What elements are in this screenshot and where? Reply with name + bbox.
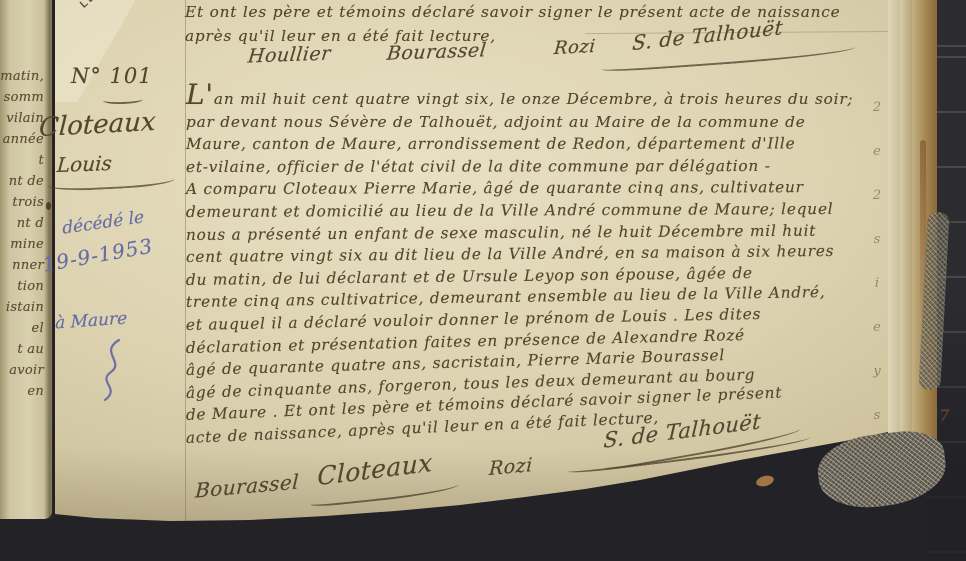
torn-paper-scrap (755, 474, 775, 488)
act-text-line: A comparu Cloteaux Pierre Marie, âgé de … (186, 176, 853, 201)
act-text-line: par devant nous Sévère de Talhouët, adjo… (186, 110, 853, 133)
act-number: N° 101 (71, 64, 153, 88)
text-fragment: el (0, 318, 48, 339)
text-fragment: nt d (0, 213, 48, 234)
act-text-line: et-vilaine, officier de l'état civil de … (186, 155, 853, 179)
margin-given-name: Louis (56, 151, 113, 177)
text-fragment: tion (0, 276, 48, 297)
birth-act-body: L'an mil huit cent quatre vingt six, le … (186, 84, 853, 450)
signature-rozi: Rozi (553, 36, 596, 59)
text-fragment: trois (0, 192, 48, 213)
bleed-mark: e (867, 130, 887, 174)
signature-rozi-bottom: Rozi (489, 454, 534, 480)
text-fragment: en (0, 381, 48, 402)
text-fragment: matin, (0, 66, 48, 87)
text-fragment: somm (0, 87, 48, 108)
bleed-mark: 2 (867, 174, 887, 218)
text-fragment: t au (0, 339, 48, 360)
blue-paraph-flourish (91, 336, 131, 406)
text-fragment: avoir (0, 360, 48, 381)
bleed-mark: 2 (867, 86, 887, 130)
bleed-mark: e (867, 306, 887, 350)
signature-houllier: Houllier (247, 43, 332, 68)
bleed-mark: s (867, 394, 887, 438)
bleed-mark: s (867, 218, 887, 262)
margin-surname: Cloteaux (38, 107, 156, 143)
text-fragment: t (0, 150, 48, 171)
text-fragment: istain (0, 297, 48, 318)
register-photo: 27 matin,sommvilainannéetnt detroisnt dm… (0, 0, 966, 561)
act-text-line: Maure, canton de Maure, arrondissement d… (186, 133, 853, 156)
bleed-mark: i (867, 262, 887, 306)
text-fragment: nt de (0, 171, 48, 192)
ink-speck (46, 202, 51, 210)
ink-bleed-marks: 2e2sieys (867, 86, 887, 438)
signature-bourassel: Bourassel (386, 39, 488, 65)
bleed-mark: y (867, 350, 887, 394)
act-text-line: L'an mil huit cent quatre vingt six, le … (186, 84, 853, 111)
